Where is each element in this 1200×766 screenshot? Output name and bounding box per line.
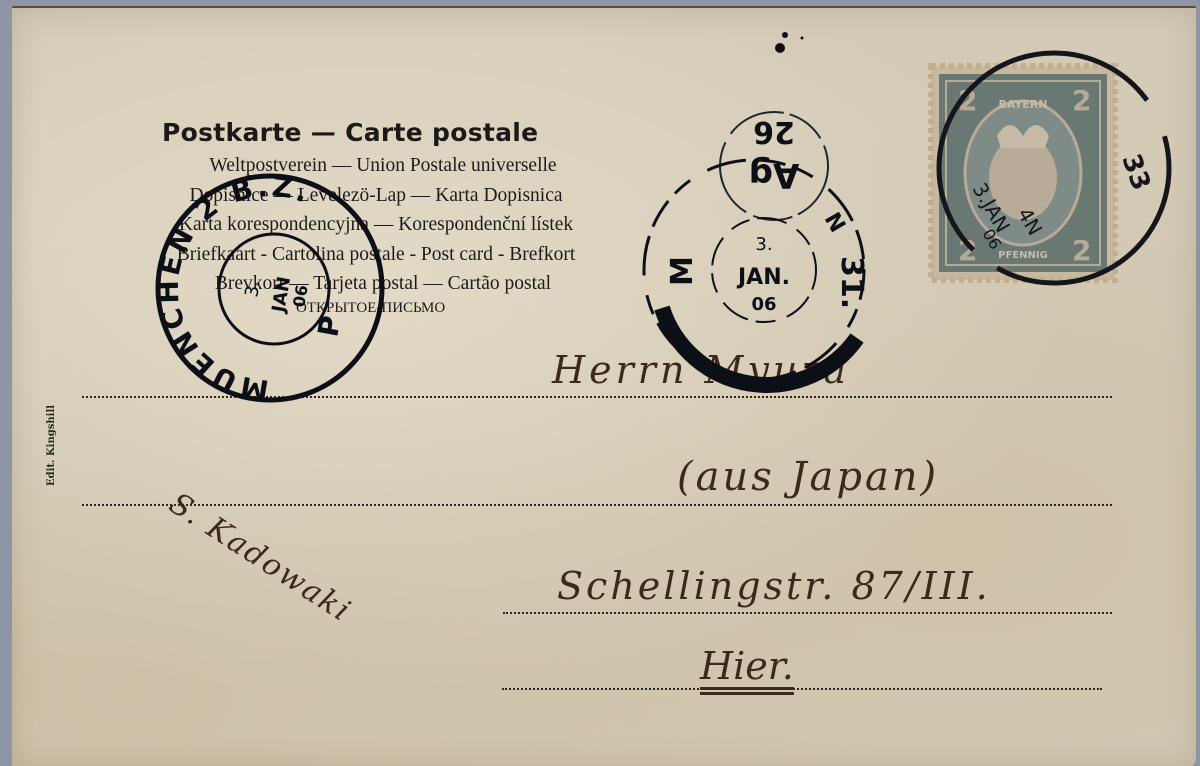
svg-text:N: N	[819, 209, 850, 237]
stamp-value-br: 2	[1072, 234, 1091, 267]
svg-text:JAN.: JAN.	[736, 265, 790, 290]
postcard: Postkarte — Carte postale Weltpostverein…	[12, 6, 1196, 766]
svg-text:BAYERN: BAYERN	[998, 98, 1047, 111]
svg-text:3.: 3.	[241, 278, 265, 299]
svg-text:31.: 31.	[834, 256, 869, 309]
stamp-value-tr: 2	[1072, 84, 1091, 117]
svg-text:3.: 3.	[755, 234, 772, 255]
svg-text:P: P	[311, 313, 347, 339]
svg-text:M: M	[665, 256, 700, 286]
postage-stamp: 2 2 2 2 BAYERN PFENNIG	[931, 66, 1115, 280]
arrival-postmark: 26 Ag	[720, 112, 828, 220]
svg-text:06: 06	[751, 294, 776, 315]
svg-text:26: 26	[753, 114, 795, 149]
svg-text:PFENNIG: PFENNIG	[998, 250, 1048, 261]
left-postmark: MUENCHEN 2 B.Z. P 3. JAN 06	[152, 170, 382, 407]
svg-text:06: 06	[289, 283, 312, 308]
postmarks-layer: 2 2 2 2 BAYERN PFENNIG 33 3.JAN 4N 06 26…	[12, 8, 1196, 766]
svg-text:33: 33	[1115, 150, 1156, 194]
